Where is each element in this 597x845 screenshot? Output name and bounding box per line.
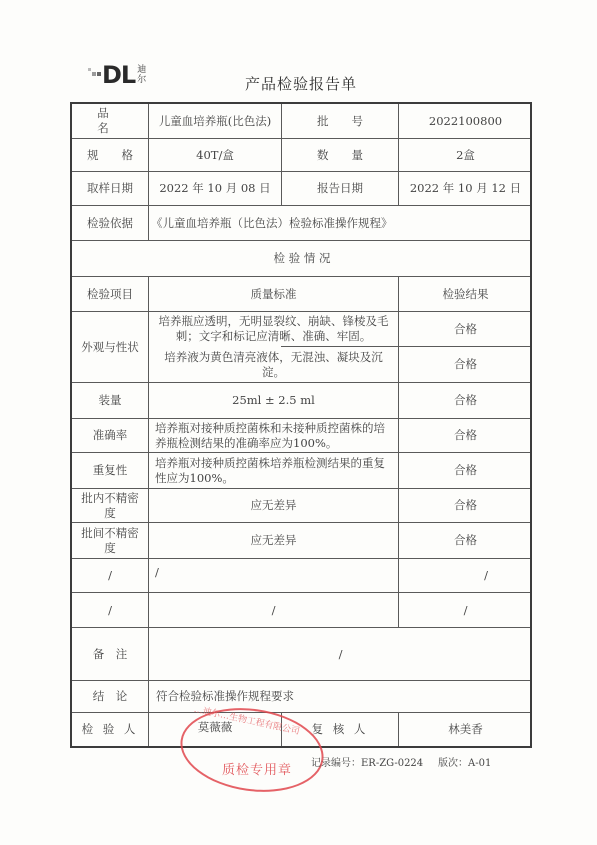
logo-cn: 迪 尔 (137, 65, 147, 85)
row-volume-result: 合格 (399, 383, 532, 418)
row-repeatability-item: 重复性 (72, 453, 148, 488)
qty-label: 数 量 (282, 139, 398, 171)
qty-value: 2盒 (399, 139, 532, 171)
row-empty-1-result: / (399, 559, 532, 592)
row-empty-2-standard: / (149, 593, 398, 627)
row-empty-1-standard: / (149, 559, 398, 585)
batch-label: 批 号 (282, 104, 398, 138)
product-name-label: 品 名 (72, 104, 148, 138)
row-inter-batch-item: 批间不精密度 (72, 523, 148, 558)
remarks-label: 备 注 (72, 628, 148, 680)
row-inter-batch-standard: 应无差异 (149, 523, 398, 558)
stamp-center-text: 质检专用章 (222, 759, 292, 778)
spec-label: 规 格 (72, 139, 148, 171)
logo-cn-1: 迪 (137, 65, 147, 75)
row-volume-item: 装量 (72, 383, 148, 418)
remarks-value: / (149, 628, 532, 680)
spec-value: 40T/盒 (149, 139, 281, 171)
basis-value: 《儿童血培养瓶（比色法）检验标准操作规程》 (149, 206, 532, 240)
col-header-item: 检验项目 (72, 277, 148, 311)
conclusion-label: 结 论 (72, 681, 148, 712)
report-date-label: 报告日期 (282, 172, 398, 205)
product-name-value: 儿童血培养瓶(比色法) (149, 104, 281, 138)
row-inter-batch-result: 合格 (399, 523, 532, 558)
row-intra-batch-result: 合格 (399, 489, 532, 522)
reviewer-name: 林美香 (399, 713, 532, 746)
inspector-label: 检 验 人 (72, 713, 148, 746)
row-intra-batch-standard: 应无差异 (149, 489, 398, 522)
basis-label: 检验依据 (72, 206, 148, 240)
company-logo: DL 迪 尔 (88, 63, 147, 87)
row-appearance-standard-2: 培养液为黄色清亮液体，无混浊、凝块及沉淀。 (149, 347, 398, 382)
row-appearance-result-1: 合格 (399, 312, 532, 346)
row-repeatability-result: 合格 (399, 453, 532, 488)
report-date-value: 2022 年 10 月 12 日 (399, 172, 532, 205)
row-intra-batch-item: 批内不精密度 (72, 489, 148, 522)
row-accuracy-standard: 培养瓶对接种质控菌株和未接种质控菌株的培养瓶检测结果的准确率应为100%。 (149, 419, 398, 452)
logo-dots-icon (88, 66, 102, 84)
inspection-report-table: 品 名 儿童血培养瓶(比色法) 批 号 2022100800 规 格 40T/盒… (70, 102, 532, 748)
batch-value: 2022100800 (399, 104, 532, 138)
row-appearance-item: 外观与性状 (72, 312, 148, 382)
row-empty-2-result: / (399, 593, 532, 627)
version: 版次：A-01 (438, 754, 491, 769)
row-volume-standard: 25ml ± 2.5 ml (149, 383, 398, 418)
row-appearance-standard-1: 培养瓶应透明，无明显裂纹、崩缺、锋棱及毛刺；文字和标记应清晰、准确、牢固。 (149, 312, 398, 346)
row-accuracy-item: 准确率 (72, 419, 148, 452)
logo-cn-2: 尔 (137, 75, 147, 85)
sample-date-label: 取样日期 (72, 172, 148, 205)
row-empty-2-item: / (72, 593, 148, 627)
document-title: 产品检验报告单 (245, 73, 357, 94)
record-number: 记录编号：ER-ZG-0224 (311, 754, 423, 769)
row-repeatability-standard: 培养瓶对接种质控菌株培养瓶检测结果的重复性应为100%。 (149, 453, 398, 488)
row-appearance-result-2: 合格 (399, 347, 532, 382)
row-empty-1-item: / (72, 559, 148, 592)
sample-date-value: 2022 年 10 月 08 日 (149, 172, 281, 205)
col-header-result: 检验结果 (399, 277, 532, 311)
col-header-standard: 质量标准 (149, 277, 398, 311)
logo-text: DL (102, 63, 135, 87)
row-accuracy-result: 合格 (399, 419, 532, 452)
section-title: 检 验 情 况 (72, 241, 532, 276)
